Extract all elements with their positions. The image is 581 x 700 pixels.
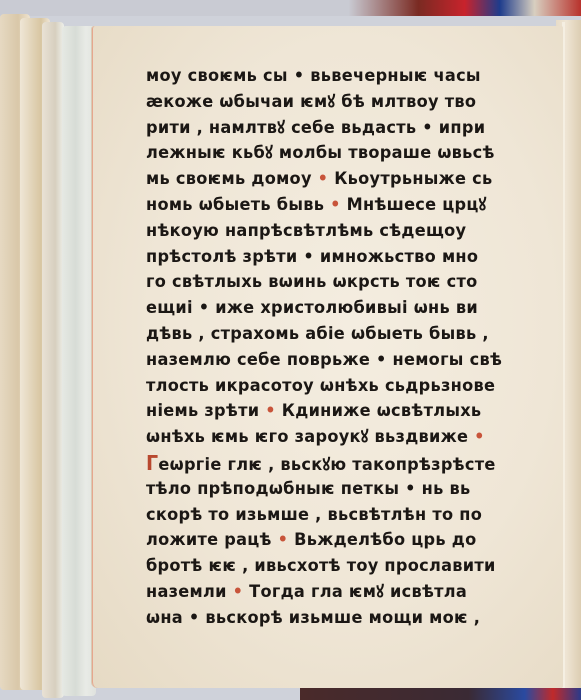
text-line: лежныѥ кьбꙋ молбы твораше ѡвьсѣ	[146, 141, 488, 167]
line-text-after: Кьоутрьныже сь	[334, 169, 492, 189]
red-initial-letter: Г	[146, 451, 158, 475]
line-text: еѡргіе глѥ , вьскꙋю такопрѣзрѣсте	[158, 455, 495, 475]
line-text: мь своѥмь домоу	[146, 169, 312, 189]
text-line: го свѣтлыхь вѡинь ѡкрсть тоѥ сто	[146, 270, 488, 296]
line-text: ещиі • иже христолюбивыі ѡнь ви	[146, 298, 478, 318]
line-text: ложите рацѣ	[146, 530, 272, 550]
rubric-dot: •	[474, 427, 485, 447]
line-text: тлость икрасотоу ѡнѣхь сьдрьзнове	[146, 376, 495, 396]
line-text: скорѣ то изьмше , вьсвѣтлѣн то по	[146, 505, 482, 525]
text-line: ӕкоже ѡбычаи ѥмꙋ бѣ млтвоу тво	[146, 90, 488, 116]
page-edge-stack-3	[42, 22, 64, 698]
line-text: го свѣтлыхь вѡинь ѡкрсть тоѥ сто	[146, 272, 478, 292]
text-line: ещиі • иже христолюбивыі ѡнь ви	[146, 296, 488, 322]
line-text: номь ѡбыеть бывь	[146, 195, 324, 215]
line-text: рити , намлтвꙋ себе вьдасть • ипри	[146, 118, 485, 138]
line-text: лежныѥ кьбꙋ молбы твораше ѡвьсѣ	[146, 143, 495, 163]
text-line: мь своѥмь домоу • Кьоутрьныже сь	[146, 167, 488, 193]
text-line: тлость икрасотоу ѡнѣхь сьдрьзнове	[146, 374, 488, 400]
line-text: бротѣ ѥѥ , ивьсхотѣ тоу прославити	[146, 556, 496, 576]
page-text-block: моу своѥмь сы • вьвечерныѥ часы ӕкоже ѡб…	[146, 64, 506, 632]
line-text: дѣвь , страхомь абіе ѡбыеть бывь ,	[146, 324, 489, 344]
line-text-after: Кдиниже ѡсвѣтлыхь	[282, 401, 482, 421]
text-line: номь ѡбыеть бывь • Мнѣшесе црцꙋ	[146, 193, 488, 219]
text-line: нѣкоую напрѣсвѣтлѣмь сѣдещоу	[146, 219, 488, 245]
line-text-after: Тогда гла ѥмꙋ исвѣтла	[249, 582, 467, 602]
rubric-dot: •	[330, 195, 341, 215]
line-text: ӕкоже ѡбычаи ѥмꙋ бѣ млтвоу тво	[146, 92, 476, 112]
text-line: ніемь зрѣти • Кдиниже ѡсвѣтлыхь	[146, 399, 488, 425]
text-line: дѣвь , страхомь абіе ѡбыеть бывь ,	[146, 322, 488, 348]
line-text: ѡнѣхь ѥмь ѥго зароукꙋ вьздвиже	[146, 427, 468, 447]
page-edge-stack-4	[62, 26, 96, 696]
background-fabric-top	[0, 0, 581, 16]
text-line: прѣстолѣ зрѣти • имножьство мно	[146, 245, 488, 271]
text-line: рити , намлтвꙋ себе вьдасть • ипри	[146, 116, 488, 142]
line-text-after: Вьжделѣбо црь до	[294, 530, 476, 550]
text-line: тѣло прѣподѡбныѥ петкы • нь вь	[146, 477, 488, 503]
rubric-dot: •	[233, 582, 244, 602]
text-line: скорѣ то изьмше , вьсвѣтлѣн то по	[146, 503, 488, 529]
text-line: бротѣ ѥѥ , ивьсхотѣ тоу прославити	[146, 554, 488, 580]
line-text: прѣстолѣ зрѣти • имножьство мно	[146, 247, 478, 267]
text-line: моу своѥмь сы • вьвечерныѥ часы	[146, 64, 488, 90]
rubric-dot: •	[265, 401, 276, 421]
line-text: наземли	[146, 582, 227, 602]
line-text: нѣкоую напрѣсвѣтлѣмь сѣдещоу	[146, 221, 466, 241]
text-line: Геѡргіе глѥ , вьскꙋю такопрѣзрѣсте	[146, 451, 488, 477]
line-text: ніемь зрѣти	[146, 401, 259, 421]
text-line: наземлю себе поврьже • немогы свѣ	[146, 348, 488, 374]
background-fabric-bottom	[300, 688, 581, 700]
text-line: ѡнѣхь ѥмь ѥго зароукꙋ вьздвиже •	[146, 425, 488, 451]
line-text-after: Мнѣшесе црцꙋ	[347, 195, 487, 215]
line-text: моу своѥмь сы • вьвечерныѥ часы	[146, 66, 481, 86]
line-text: наземлю себе поврьже • немогы свѣ	[146, 350, 502, 370]
text-line: ѡна • вьскорѣ изьмше мощи моѥ ,	[146, 606, 488, 632]
rubric-dot: •	[318, 169, 329, 189]
line-text: ѡна • вьскорѣ изьмше мощи моѥ ,	[146, 608, 480, 628]
text-line: наземли • Тогда гла ѥмꙋ исвѣтла	[146, 580, 488, 606]
line-text: тѣло прѣподѡбныѥ петкы • нь вь	[146, 479, 471, 499]
text-line: ложите рацѣ • Вьжделѣбо црь до	[146, 528, 488, 554]
rubric-dot: •	[278, 530, 289, 550]
